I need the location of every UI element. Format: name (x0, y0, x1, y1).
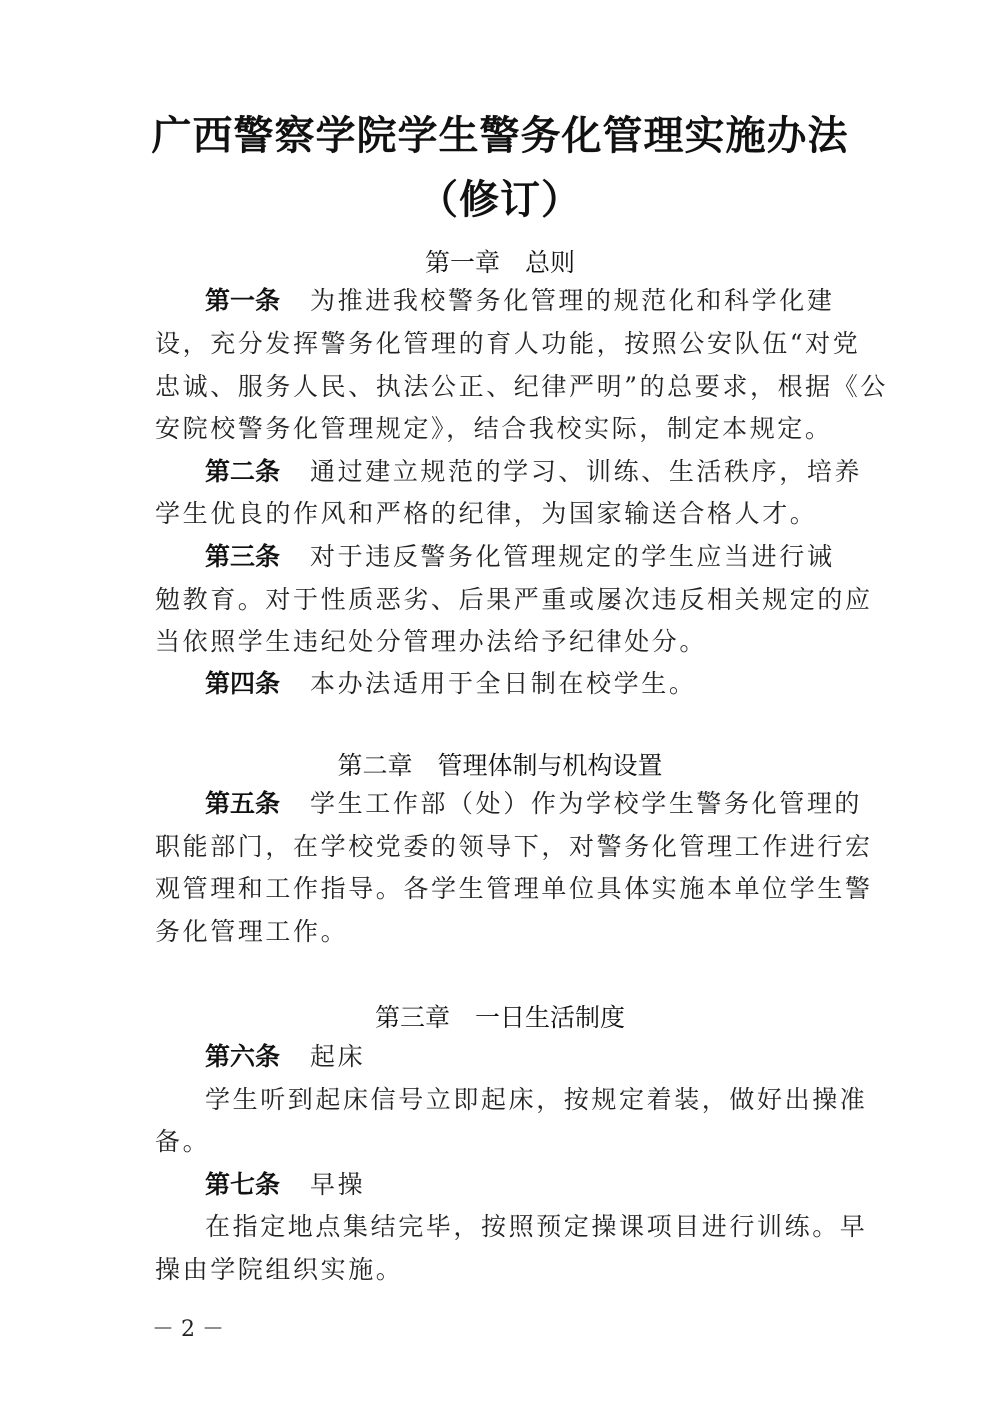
document-title: 广西警察学院学生警务化管理实施办法 (0, 104, 1000, 161)
article-text: 对于违反警务化管理规定的学生应当进行诫 (310, 542, 834, 571)
article-line: 第三条对于违反警务化管理规定的学生应当进行诫 (205, 540, 855, 574)
chapter-heading: 第三章 一日生活制度 (0, 998, 1000, 1034)
article-text: 学生工作部（处）作为学校学生警务化管理的 (310, 789, 862, 818)
article-line: 职能部门，在学校党委的领导下，对警务化管理工作进行宏 (155, 830, 855, 864)
article-line: 第五条学生工作部（处）作为学校学生警务化管理的 (205, 787, 855, 821)
article-line: 第七条早操 (205, 1168, 855, 1202)
article-heading: 起床 (310, 1042, 365, 1071)
article-label: 第一条 (205, 286, 280, 315)
article-line: 第一条为推进我校警务化管理的规范化和科学化建 (205, 284, 855, 318)
article-line: 学生听到起床信号立即起床，按规定着装，做好出操准 (205, 1083, 855, 1117)
article-line: 在指定地点集结完毕，按照预定操课项目进行训练。早 (205, 1210, 855, 1244)
article-line: 务化管理工作。 (155, 915, 855, 949)
page-number: － 2 － (152, 1312, 224, 1343)
article-line: 备。 (155, 1125, 855, 1159)
article-label: 第七条 (205, 1170, 280, 1199)
article-line: 忠诚、服务人民、执法公正、纪律严明”的总要求，根据《公 (155, 370, 855, 404)
article-text: 通过建立规范的学习、训练、生活秩序，培养 (310, 457, 862, 486)
document-subtitle: （修订） (0, 168, 1000, 225)
article-line: 勉教育。对于性质恶劣、后果严重或屡次违反相关规定的应 (155, 583, 855, 617)
chapter-heading: 第二章 管理体制与机构设置 (0, 746, 1000, 782)
article-line: 第二条通过建立规范的学习、训练、生活秩序，培养 (205, 455, 855, 489)
chapter-heading: 第一章 总则 (0, 243, 1000, 279)
article-label: 第五条 (205, 789, 280, 818)
article-line: 第四条本办法适用于全日制在校学生。 (205, 667, 855, 701)
article-label: 第二条 (205, 457, 280, 486)
article-heading: 早操 (310, 1170, 365, 1199)
article-line: 第六条起床 (205, 1040, 855, 1074)
article-label: 第六条 (205, 1042, 280, 1071)
article-line: 安院校警务化管理规定》，结合我校实际，制定本规定。 (155, 412, 855, 446)
article-line: 学生优良的作风和严格的纪律，为国家输送合格人才。 (155, 497, 855, 531)
document-page: 广西警察学院学生警务化管理实施办法 （修订） 第一章 总则 第一条为推进我校警务… (0, 0, 1000, 1414)
article-text: 本办法适用于全日制在校学生。 (310, 669, 696, 698)
article-line: 当依照学生违纪处分管理办法给予纪律处分。 (155, 625, 855, 659)
article-label: 第三条 (205, 542, 280, 571)
article-label: 第四条 (205, 669, 280, 698)
article-line: 观管理和工作指导。各学生管理单位具体实施本单位学生警 (155, 872, 855, 906)
article-text: 为推进我校警务化管理的规范化和科学化建 (310, 286, 834, 315)
article-line: 操由学院组织实施。 (155, 1253, 855, 1287)
article-line: 设，充分发挥警务化管理的育人功能，按照公安队伍“对党 (155, 327, 855, 361)
